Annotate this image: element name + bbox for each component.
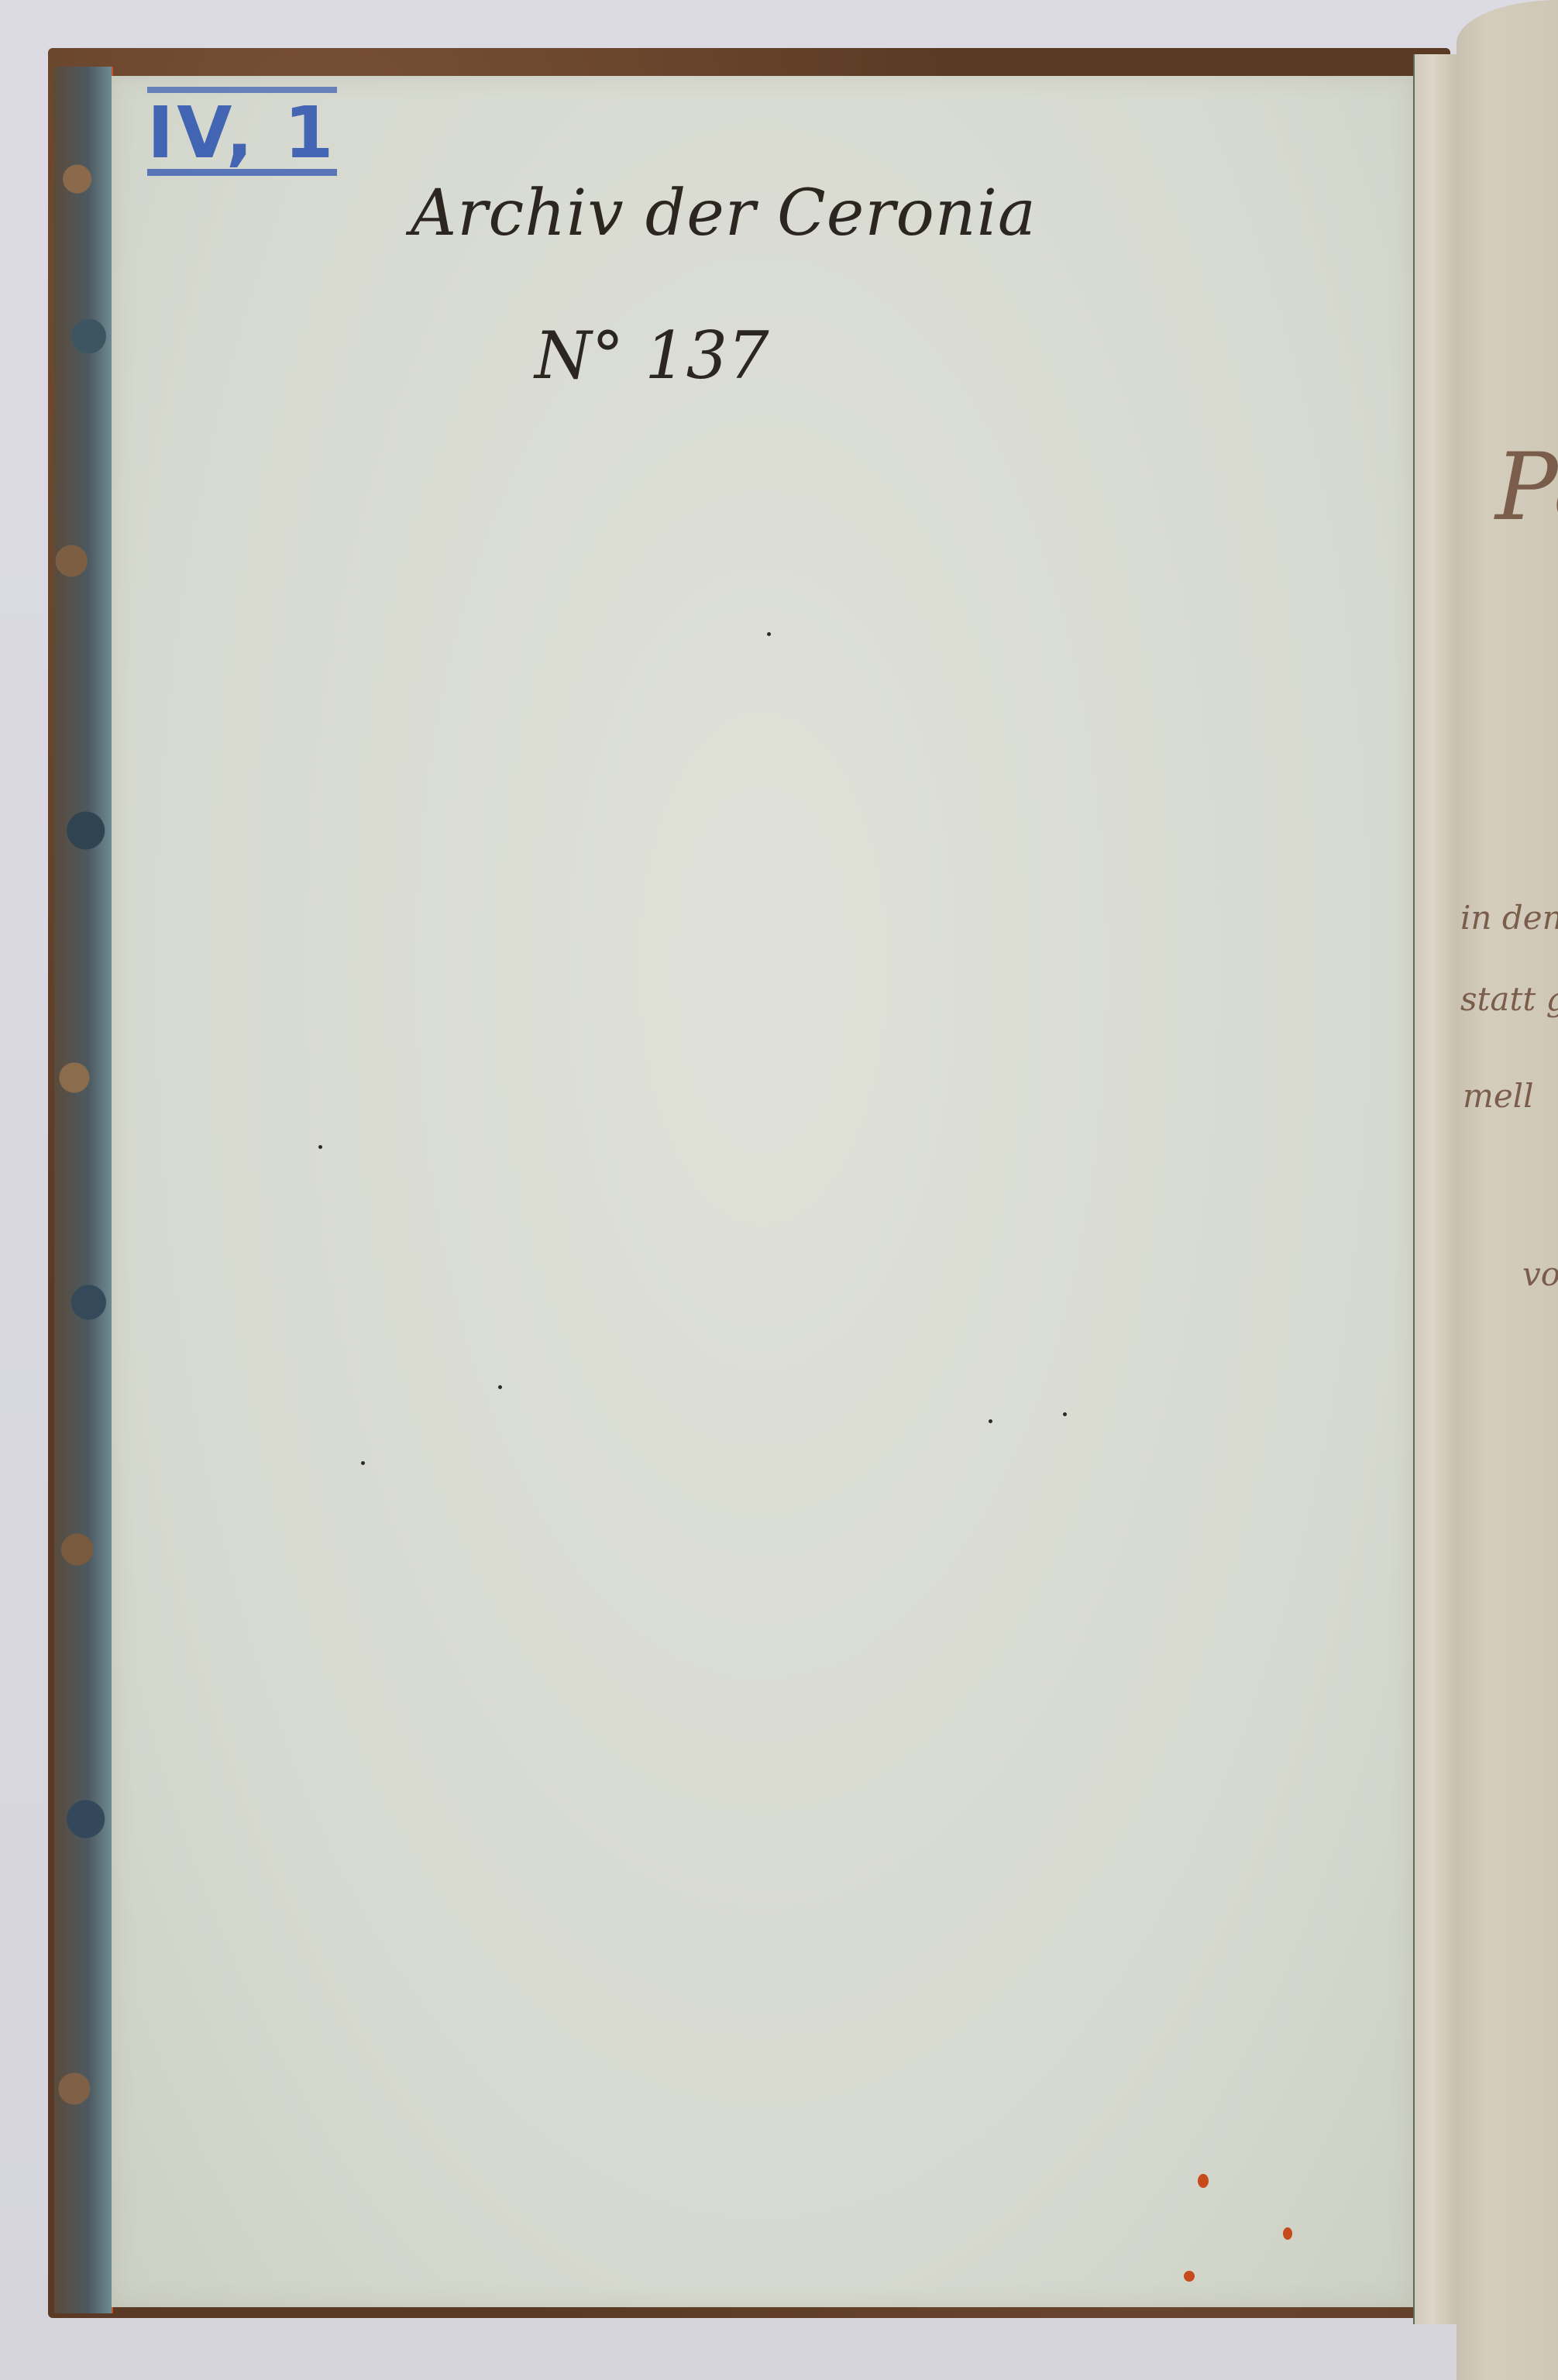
paper-speck [989, 1419, 992, 1423]
paper-speck [498, 1385, 502, 1389]
paper-speck [318, 1145, 322, 1149]
left-endpaper-page [112, 76, 1413, 2307]
archive-title: Archiv der Ceronia [411, 177, 1037, 250]
right-page-fragment: Pa [1495, 434, 1558, 542]
red-ink-spot [1283, 2227, 1292, 2240]
right-page-fragment: statt gefun [1460, 980, 1558, 1018]
marbled-paper-edge [54, 67, 113, 2313]
paper-speck [767, 632, 771, 636]
red-ink-spot [1184, 2271, 1195, 2282]
paper-speck [1063, 1412, 1067, 1416]
red-ink-spot [1198, 2174, 1209, 2188]
right-page-fragment: mell [1463, 1077, 1534, 1115]
right-manuscript-page [1457, 0, 1558, 2380]
binding-hinge [1413, 54, 1458, 2324]
shelfmark-text: IV, 1 [147, 98, 337, 176]
shelfmark-label: IV, 1 [147, 87, 337, 176]
paper-speck [361, 1461, 365, 1465]
right-page-fragment: in den Sta [1460, 899, 1558, 937]
right-page-fragment: von [1522, 1255, 1558, 1293]
archive-number: N° 137 [535, 318, 769, 394]
